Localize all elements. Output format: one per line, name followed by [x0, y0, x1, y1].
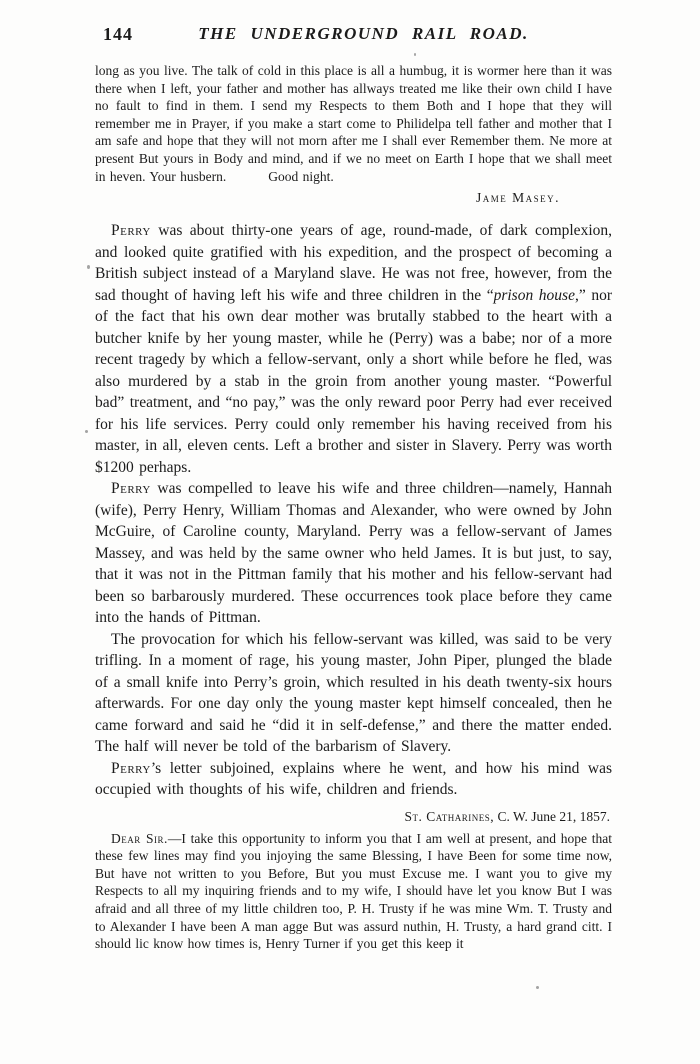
page-number: 144 — [103, 24, 133, 45]
paragraph: The provocation for which his fellow-ser… — [95, 629, 612, 758]
paragraph: Perry was about thirty-one years of age,… — [95, 220, 612, 478]
dateline-date: C. W. June 21, 1857. — [494, 809, 610, 824]
scan-speck — [414, 53, 416, 56]
letter-top: long as you live. The talk of cold in th… — [95, 62, 612, 185]
dateline-place: St. Catharines, — [404, 809, 494, 824]
body-paragraphs: Perry was about thirty-one years of age,… — [95, 220, 612, 801]
text-segment: prison house — [494, 287, 575, 304]
text-segment: Perry — [111, 222, 151, 239]
scan-speck — [87, 265, 90, 269]
letter-bottom-body: —I take this opportunity to inform you t… — [95, 831, 612, 952]
text-segment: ’s letter subjoined, explains where he w… — [95, 760, 612, 799]
text-segment: Perry — [111, 760, 151, 777]
letter-bottom: Dear Sir.—I take this opportunity to inf… — [95, 830, 612, 953]
text-segment: Perry — [111, 480, 151, 497]
text-segment: The provocation for which his fellow-ser… — [95, 631, 612, 756]
letter-top-body: long as you live. The talk of cold in th… — [95, 63, 612, 184]
dateline: St. Catharines, C. W. June 21, 1857. — [95, 808, 612, 825]
text-segment: ,” nor of the fact that his own dear mot… — [95, 287, 612, 476]
paragraph: Perry was compelled to leave his wife an… — [95, 478, 612, 629]
scan-speck — [536, 986, 539, 989]
letter-top-goodnight: Good night. — [268, 168, 334, 186]
scan-speck — [85, 430, 88, 433]
paragraph: Perry’s letter subjoined, explains where… — [95, 758, 612, 801]
running-title: THE UNDERGROUND RAIL ROAD. — [95, 24, 612, 44]
letter-bottom-salutation: Dear Sir. — [111, 831, 168, 846]
book-page: 144 THE UNDERGROUND RAIL ROAD. long as y… — [0, 0, 700, 1064]
text-segment: was compelled to leave his wife and thre… — [95, 480, 612, 626]
letter-top-signature: Jame Masey. — [95, 189, 612, 206]
page-header: 144 THE UNDERGROUND RAIL ROAD. — [95, 24, 612, 50]
